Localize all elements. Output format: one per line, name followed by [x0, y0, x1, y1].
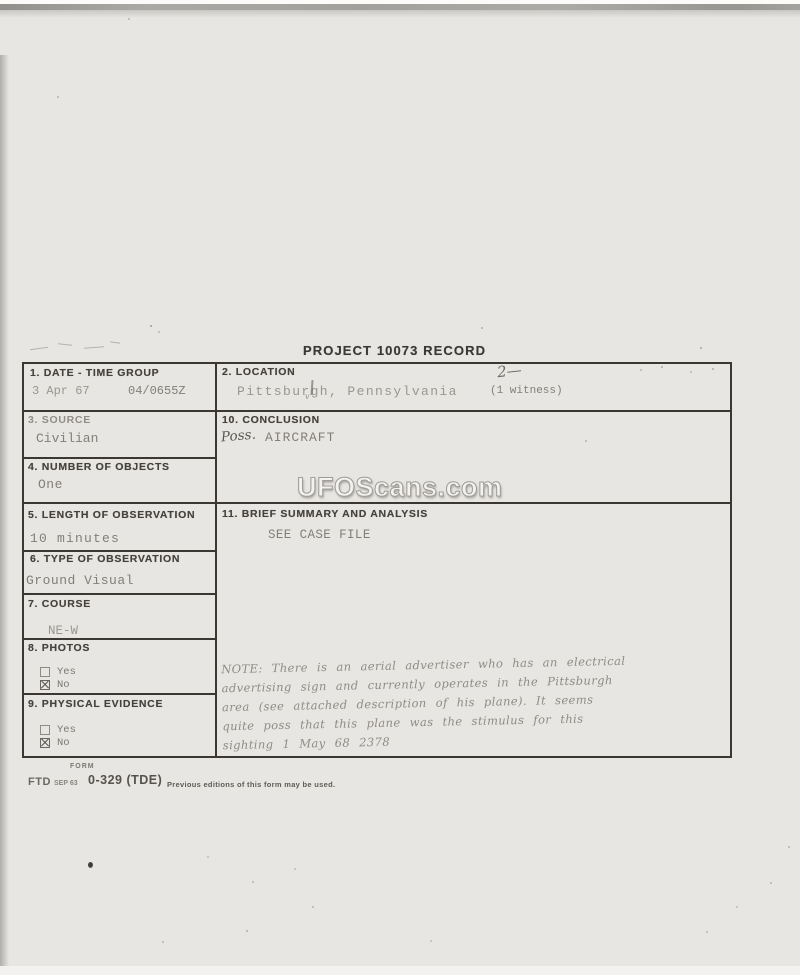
- pencil-scribble: [84, 346, 104, 348]
- physical-evidence-no-label: No: [57, 737, 70, 749]
- table-column-divider: [215, 364, 217, 756]
- table-row-divider: [24, 502, 217, 504]
- table-row-divider: [24, 410, 217, 412]
- footer-previous-editions-note: Previous editions of this form may be us…: [167, 780, 335, 789]
- brief-summary-label: 11. BRIEF SUMMARY AND ANALYSIS: [222, 508, 428, 520]
- table-row-divider: [24, 550, 217, 552]
- footer-form-date: SEP 63: [54, 780, 78, 787]
- physical-evidence-yes-label: Yes: [57, 724, 76, 736]
- type-of-observation-value: Ground Visual: [26, 573, 134, 588]
- brief-summary-value: SEE CASE FILE: [268, 528, 371, 542]
- photos-no-label: No: [57, 679, 70, 691]
- number-of-objects-label: 4. NUMBER OF OBJECTS: [28, 461, 170, 473]
- ink-blot: [88, 862, 93, 868]
- location-label: 2. LOCATION: [222, 366, 295, 378]
- pencil-scribble: [30, 347, 48, 350]
- footer-form-word: FORM: [70, 763, 95, 770]
- physical-evidence-yes-option: Yes: [40, 724, 76, 736]
- footer-agency: FTD: [28, 776, 51, 788]
- physical-evidence-no-option: No: [40, 737, 70, 749]
- pencil-scribble: [58, 343, 72, 345]
- date-time-group-label: 1. DATE - TIME GROUP: [30, 367, 159, 379]
- scanned-document-page: PROJECT 10073 RECORD 1. DATE - TIME GROU…: [0, 0, 800, 975]
- scan-noise-speckles: [0, 0, 2, 2]
- form-title: PROJECT 10073 RECORD: [303, 343, 486, 358]
- time-value: 04/0655Z: [128, 384, 186, 398]
- type-of-observation-label: 6. TYPE OF OBSERVATION: [30, 553, 180, 565]
- conclusion-handwritten: Poss.: [220, 427, 256, 446]
- table-row-divider: [24, 638, 217, 640]
- table-row-divider: [215, 410, 730, 412]
- physical-evidence-yes-checkbox: [40, 725, 50, 735]
- watermark: UFOScans.com: [297, 472, 503, 503]
- table-row-divider: [24, 593, 217, 595]
- photos-label: 8. PHOTOS: [28, 642, 90, 654]
- table-row-divider: [24, 457, 217, 459]
- pencil-mark: v: [305, 392, 310, 401]
- pencil-scribble: [110, 341, 120, 344]
- physical-evidence-no-checkbox-checked: [40, 738, 50, 748]
- location-value: Pittsburgh, Pennsylvania: [237, 384, 458, 399]
- photos-yes-checkbox: [40, 667, 50, 677]
- scan-edge-top-fade: [0, 10, 800, 18]
- physical-evidence-label: 9. PHYSICAL EVIDENCE: [28, 698, 163, 710]
- conclusion-label: 10. CONCLUSION: [222, 414, 320, 426]
- handwritten-note: NOTE: There is an aerial advertiser who …: [221, 650, 723, 755]
- course-value: NE-W: [48, 624, 78, 638]
- scan-edge-left: [0, 55, 9, 975]
- date-value: 3 Apr 67: [32, 384, 90, 398]
- source-label: 3. SOURCE: [28, 414, 91, 426]
- witness-count: (1 witness): [490, 385, 563, 397]
- conclusion-value: AIRCRAFT: [265, 430, 335, 445]
- number-of-objects-value: One: [38, 477, 63, 492]
- photos-no-checkbox-checked: [40, 680, 50, 690]
- length-of-observation-value: 10 minutes: [30, 531, 120, 546]
- table-row-divider: [24, 693, 217, 695]
- photos-yes-label: Yes: [57, 666, 76, 678]
- photos-yes-option: Yes: [40, 666, 76, 678]
- photos-no-option: No: [40, 679, 70, 691]
- course-label: 7. COURSE: [28, 598, 91, 610]
- scan-edge-bottom: [0, 966, 800, 975]
- source-value: Civilian: [36, 431, 98, 446]
- handwritten-page-number: 2—: [496, 361, 522, 381]
- footer-form-number: 0-329 (TDE): [88, 773, 162, 787]
- length-of-observation-label: 5. LENGTH OF OBSERVATION: [28, 509, 195, 521]
